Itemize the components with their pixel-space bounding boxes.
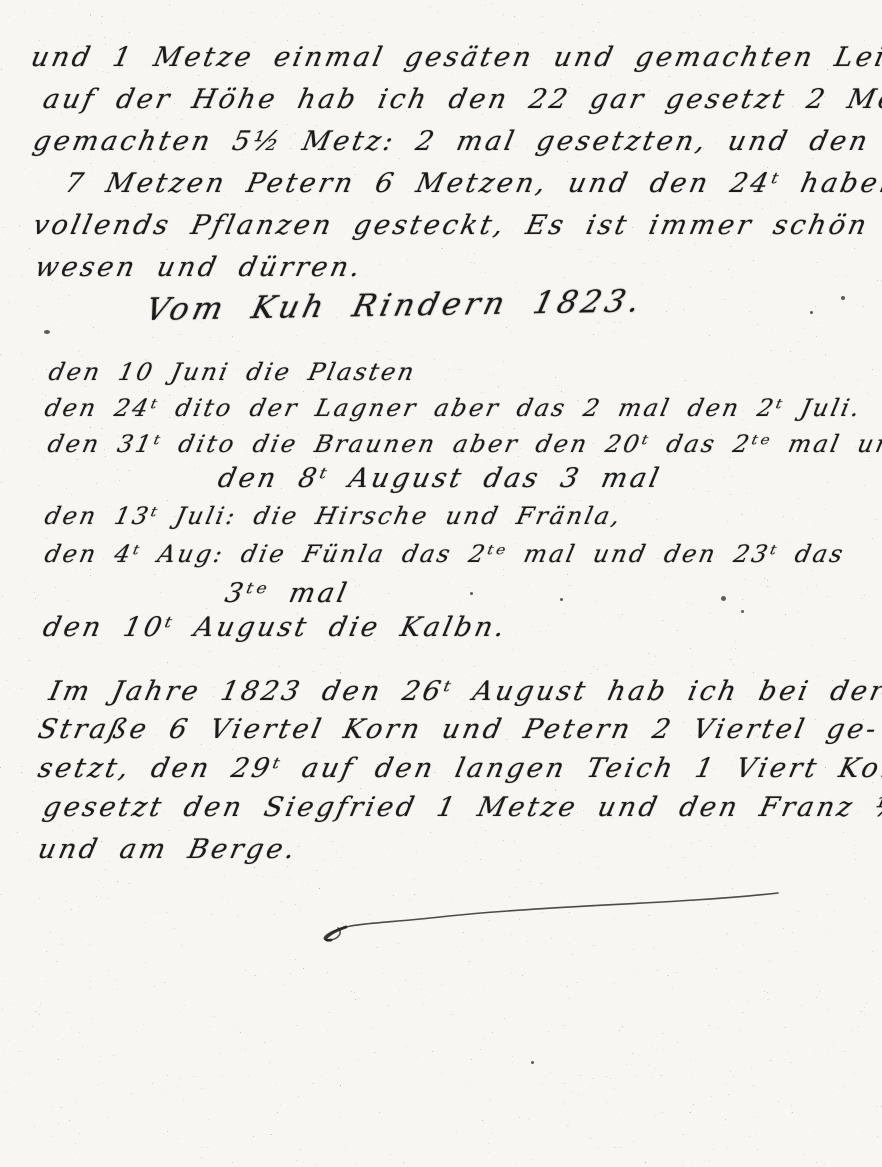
manuscript-line: wesen und dürren. <box>32 252 366 284</box>
ink-speck <box>721 596 726 601</box>
manuscript-line: auf der Höhe hab ich den 22 gar gesetzt … <box>40 84 882 116</box>
manuscript-line: Im Jahre 1823 den 26ᵗ August hab ich bei… <box>46 676 882 708</box>
manuscript-line: 3ᵗᵉ mal <box>222 578 352 610</box>
manuscript-page: und 1 Metze einmal gesäten und gemachten… <box>0 0 882 1167</box>
ink-speck <box>531 1061 534 1064</box>
ink-speck <box>810 311 813 314</box>
manuscript-line: 7 Metzen Petern 6 Metzen, und den 24ᵗ ha… <box>62 168 882 200</box>
manuscript-line: den 31ᵗ dito die Braunen aber den 20ᵗ da… <box>45 430 882 459</box>
manuscript-line: Straße 6 Viertel Korn und Petern 2 Viert… <box>35 714 882 746</box>
manuscript-line: den 10 Juni die Plasten <box>46 358 419 387</box>
ink-speck <box>44 330 50 334</box>
manuscript-line: setzt, den 29ᵗ auf den langen Teich 1 Vi… <box>35 753 882 785</box>
manuscript-line: gesetzt den Siegfried 1 Metze und den Fr… <box>40 792 882 824</box>
ink-speck <box>741 610 744 613</box>
manuscript-line: gemachten 5½ Metz: 2 mal gesetzten, und … <box>30 126 882 158</box>
pen-flourish-line <box>300 878 810 953</box>
ink-speck <box>841 296 845 300</box>
section-heading: Vom Kuh Rindern 1823. <box>142 283 647 329</box>
manuscript-line: den 8ᵗ August das 3 mal <box>215 463 664 495</box>
manuscript-line: vollends Pflanzen gesteckt, Es ist immer… <box>30 210 882 242</box>
manuscript-line: und am Berge. <box>35 834 300 866</box>
manuscript-line: den 24ᵗ dito der Lagner aber das 2 mal d… <box>42 394 865 423</box>
manuscript-line: den 10ᵗ August die Kalbn. <box>40 612 510 644</box>
manuscript-line: und 1 Metze einmal gesäten und gemachten… <box>28 42 882 74</box>
manuscript-line: den 4ᵗ Aug: die Fünla das 2ᵗᵉ mal und de… <box>42 540 848 569</box>
ink-speck <box>560 598 563 601</box>
manuscript-line: den 13ᵗ Juli: die Hirsche und Fränla, <box>42 502 625 531</box>
ink-speck <box>470 592 473 595</box>
